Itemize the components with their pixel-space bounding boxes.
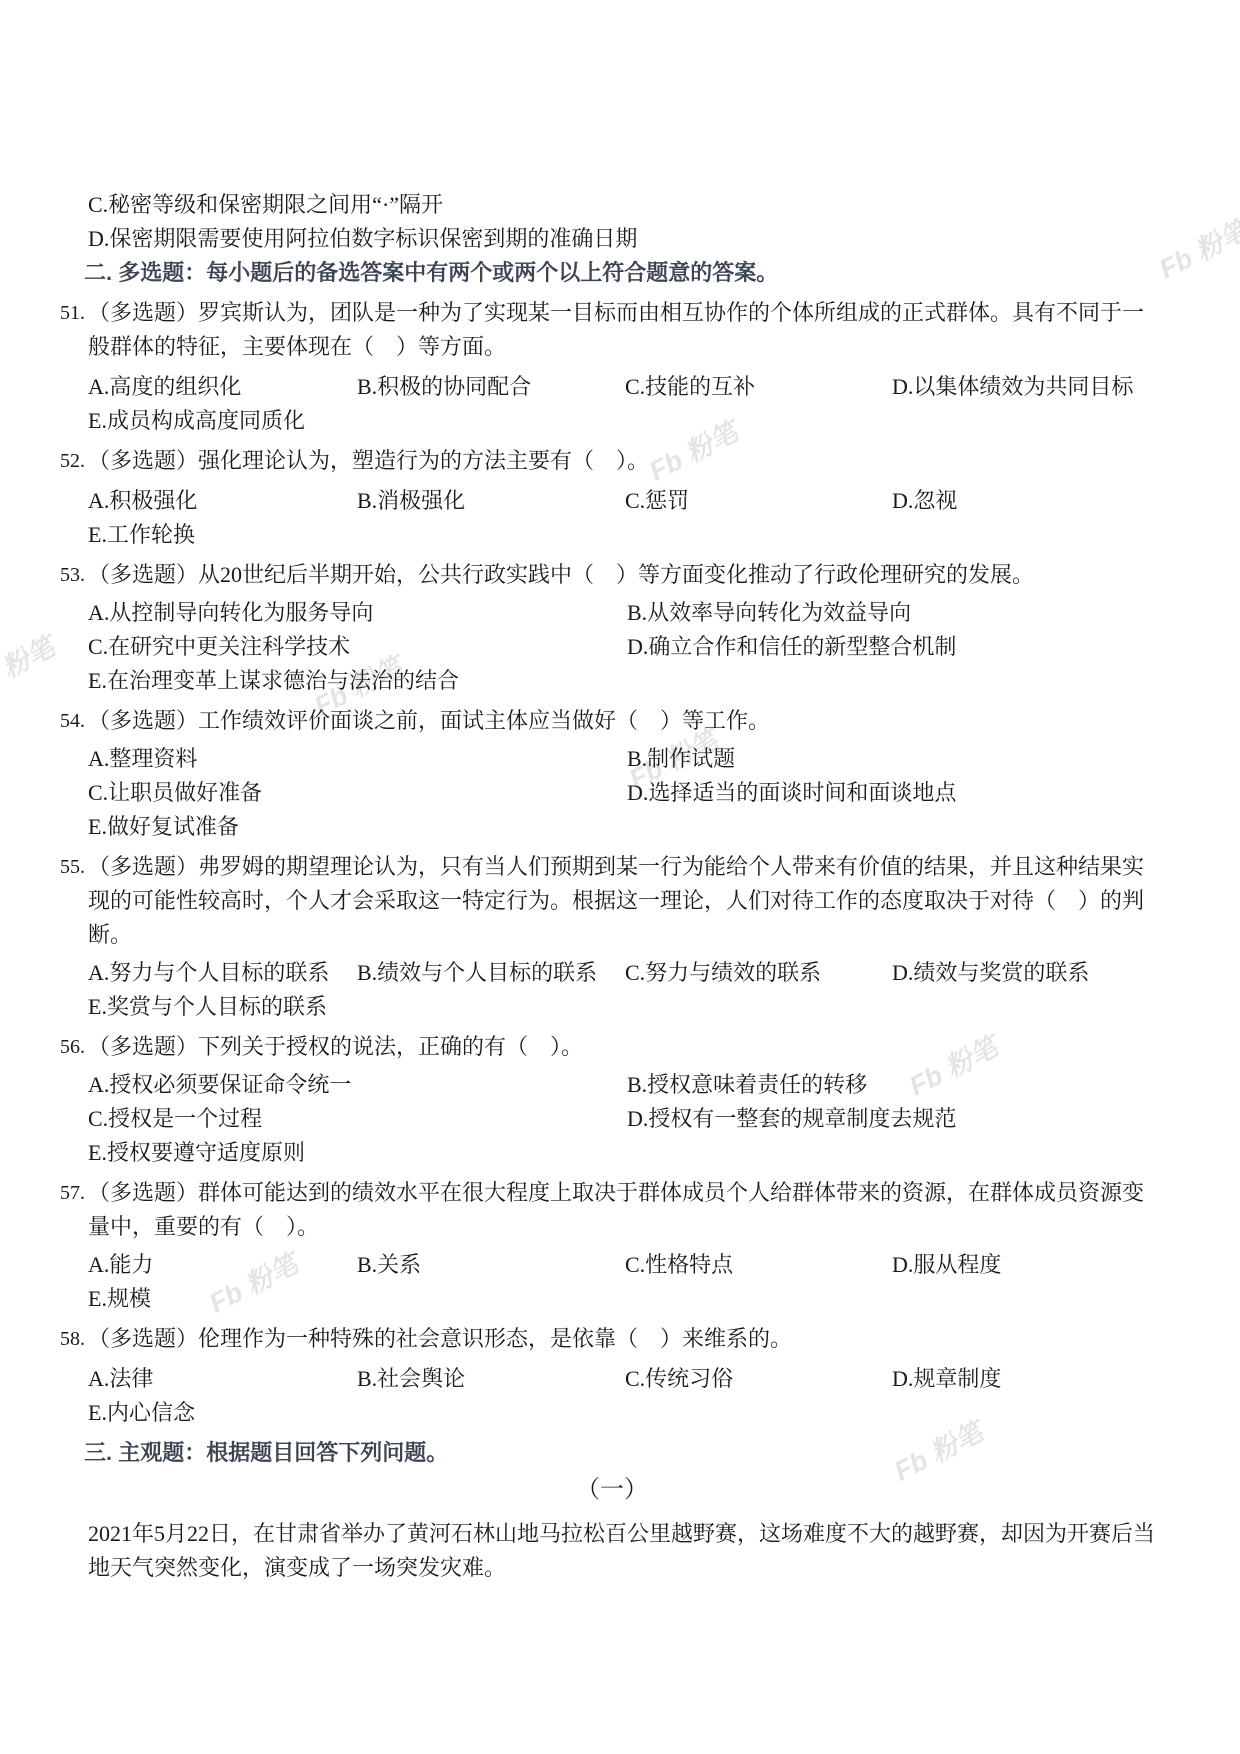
question-stem: （多选题）强化理论认为，塑造行为的方法主要有（ ）。 bbox=[88, 448, 649, 473]
question-number: 57. bbox=[60, 1176, 85, 1210]
question-58: 58.（多选题）伦理作为一种特殊的社会意识形态，是依靠（ ）来维系的。 bbox=[60, 1322, 1164, 1356]
question-55: 55.（多选题）弗罗姆的期望理论认为，只有当人们预期到某一行为能给个人带来有价值… bbox=[60, 850, 1164, 952]
option: D.忽视 bbox=[892, 484, 1164, 518]
option: E.在治理变革上谋求德治与法治的结合 bbox=[60, 664, 1164, 698]
option: B.授权意味着责任的转移 bbox=[627, 1068, 1164, 1102]
option: D.选择适当的面谈时间和面谈地点 bbox=[627, 776, 1164, 810]
question-54: 54.（多选题）工作绩效评价面谈之前，面试主体应当做好（ ）等工作。 bbox=[60, 704, 1164, 738]
option: E.工作轮换 bbox=[60, 518, 1164, 552]
question-number: 53. bbox=[60, 558, 85, 592]
option: C.让职员做好准备 bbox=[88, 776, 627, 810]
option: A.从控制导向转化为服务导向 bbox=[88, 596, 627, 630]
options-grid: A.从控制导向转化为服务导向 B.从效率导向转化为效益导向 C.在研究中更关注科… bbox=[60, 596, 1164, 664]
case-paragraph: 2021年5月22日，在甘肃省举办了黄河石林山地马拉松百公里越野赛，这场难度不大… bbox=[60, 1517, 1164, 1585]
question-52: 52.（多选题）强化理论认为，塑造行为的方法主要有（ ）。 bbox=[60, 444, 1164, 478]
question-51: 51.（多选题）罗宾斯认为，团队是一种为了实现某一目标而由相互协作的个体所组成的… bbox=[60, 296, 1164, 364]
option: C.在研究中更关注科学技术 bbox=[88, 630, 627, 664]
option: A.积极强化 bbox=[88, 484, 357, 518]
option: A.授权必须要保证命令统一 bbox=[88, 1068, 627, 1102]
option: C.技能的互补 bbox=[625, 370, 892, 404]
option: E.成员构成高度同质化 bbox=[60, 404, 1164, 438]
option: C.惩罚 bbox=[625, 484, 892, 518]
question-stem: （多选题）从20世纪后半期开始，公共行政实践中（ ）等方面变化推动了行政伦理研究… bbox=[88, 562, 1034, 587]
question-stem: （多选题）伦理作为一种特殊的社会意识形态，是依靠（ ）来维系的。 bbox=[88, 1326, 792, 1351]
question-number: 54. bbox=[60, 704, 85, 738]
option: A.能力 bbox=[88, 1248, 357, 1282]
question-stem: （多选题）下列关于授权的说法，正确的有（ ）。 bbox=[88, 1034, 583, 1059]
options-grid: A.授权必须要保证命令统一 B.授权意味着责任的转移 C.授权是一个过程 D.授… bbox=[60, 1068, 1164, 1136]
question-stem: （多选题）群体可能达到的绩效水平在很大程度上取决于群体成员个人给群体带来的资源，… bbox=[88, 1180, 1144, 1239]
option: D.服从程度 bbox=[892, 1248, 1164, 1282]
option: D.规章制度 bbox=[892, 1362, 1164, 1396]
option: C.传统习俗 bbox=[625, 1362, 892, 1396]
exam-page: C.秘密等级和保密期限之间用“·”隔开 D.保密期限需要使用阿拉伯数字标识保密到… bbox=[60, 0, 1164, 1585]
options-grid: A.整理资料 B.制作试题 C.让职员做好准备 D.选择适当的面谈时间和面谈地点 bbox=[60, 742, 1164, 810]
option: D.保密期限需要使用阿拉伯数字标识保密到期的准确日期 bbox=[60, 222, 1164, 256]
option: B.消极强化 bbox=[357, 484, 625, 518]
option: E.授权要遵守适度原则 bbox=[60, 1136, 1164, 1170]
watermark: Fb 粉笔 bbox=[1151, 209, 1240, 287]
option: A.法律 bbox=[88, 1362, 357, 1396]
options-row: A.积极强化 B.消极强化 C.惩罚 D.忽视 bbox=[60, 484, 1164, 518]
option: C.性格特点 bbox=[625, 1248, 892, 1282]
option: E.规模 bbox=[60, 1282, 1164, 1316]
question-stem: （多选题）工作绩效评价面谈之前，面试主体应当做好（ ）等工作。 bbox=[88, 708, 770, 733]
option: B.关系 bbox=[357, 1248, 625, 1282]
options-row: A.能力 B.关系 C.性格特点 D.服从程度 bbox=[60, 1248, 1164, 1282]
option: A.整理资料 bbox=[88, 742, 627, 776]
options-row: A.法律 B.社会舆论 C.传统习俗 D.规章制度 bbox=[60, 1362, 1164, 1396]
option: E.内心信念 bbox=[60, 1396, 1164, 1430]
options-row: A.高度的组织化 B.积极的协同配合 C.技能的互补 D.以集体绩效为共同目标 bbox=[60, 370, 1164, 404]
option: B.绩效与个人目标的联系 bbox=[357, 956, 625, 990]
options-row: A.努力与个人目标的联系 B.绩效与个人目标的联系 C.努力与绩效的联系 D.绩… bbox=[60, 956, 1164, 990]
option: B.从效率导向转化为效益导向 bbox=[627, 596, 1164, 630]
question-number: 55. bbox=[60, 850, 85, 884]
question-number: 58. bbox=[60, 1322, 85, 1356]
option: C.努力与绩效的联系 bbox=[625, 956, 892, 990]
question-stem: （多选题）罗宾斯认为，团队是一种为了实现某一目标而由相互协作的个体所组成的正式群… bbox=[88, 300, 1144, 359]
question-53: 53.（多选题）从20世纪后半期开始，公共行政实践中（ ）等方面变化推动了行政伦… bbox=[60, 558, 1164, 592]
question-number: 51. bbox=[60, 296, 85, 330]
question-57: 57.（多选题）群体可能达到的绩效水平在很大程度上取决于群体成员个人给群体带来的… bbox=[60, 1176, 1164, 1244]
option: D.确立合作和信任的新型整合机制 bbox=[627, 630, 1164, 664]
option: C.秘密等级和保密期限之间用“·”隔开 bbox=[60, 188, 1164, 222]
option: B.积极的协同配合 bbox=[357, 370, 625, 404]
watermark: Fb 粉笔 bbox=[0, 626, 60, 704]
section-heading-multiple-choice: 二. 多选题：每小题后的备选答案中有两个或两个以上符合题意的答案。 bbox=[60, 256, 1164, 290]
question-number: 52. bbox=[60, 444, 85, 478]
option: A.高度的组织化 bbox=[88, 370, 357, 404]
question-56: 56.（多选题）下列关于授权的说法，正确的有（ ）。 bbox=[60, 1030, 1164, 1064]
option: D.绩效与奖赏的联系 bbox=[892, 956, 1164, 990]
section-heading-subjective: 三. 主观题：根据题目回答下列问题。 bbox=[60, 1436, 1164, 1470]
option: C.授权是一个过程 bbox=[88, 1102, 627, 1136]
case-label: （一） bbox=[60, 1470, 1164, 1510]
option: D.授权有一整套的规章制度去规范 bbox=[627, 1102, 1164, 1136]
option: E.做好复试准备 bbox=[60, 810, 1164, 844]
option: B.社会舆论 bbox=[357, 1362, 625, 1396]
option: A.努力与个人目标的联系 bbox=[88, 956, 357, 990]
option: E.奖赏与个人目标的联系 bbox=[60, 990, 1164, 1024]
option: D.以集体绩效为共同目标 bbox=[892, 370, 1164, 404]
question-stem: （多选题）弗罗姆的期望理论认为，只有当人们预期到某一行为能给个人带来有价值的结果… bbox=[88, 854, 1144, 947]
option: B.制作试题 bbox=[627, 742, 1164, 776]
question-number: 56. bbox=[60, 1030, 85, 1064]
